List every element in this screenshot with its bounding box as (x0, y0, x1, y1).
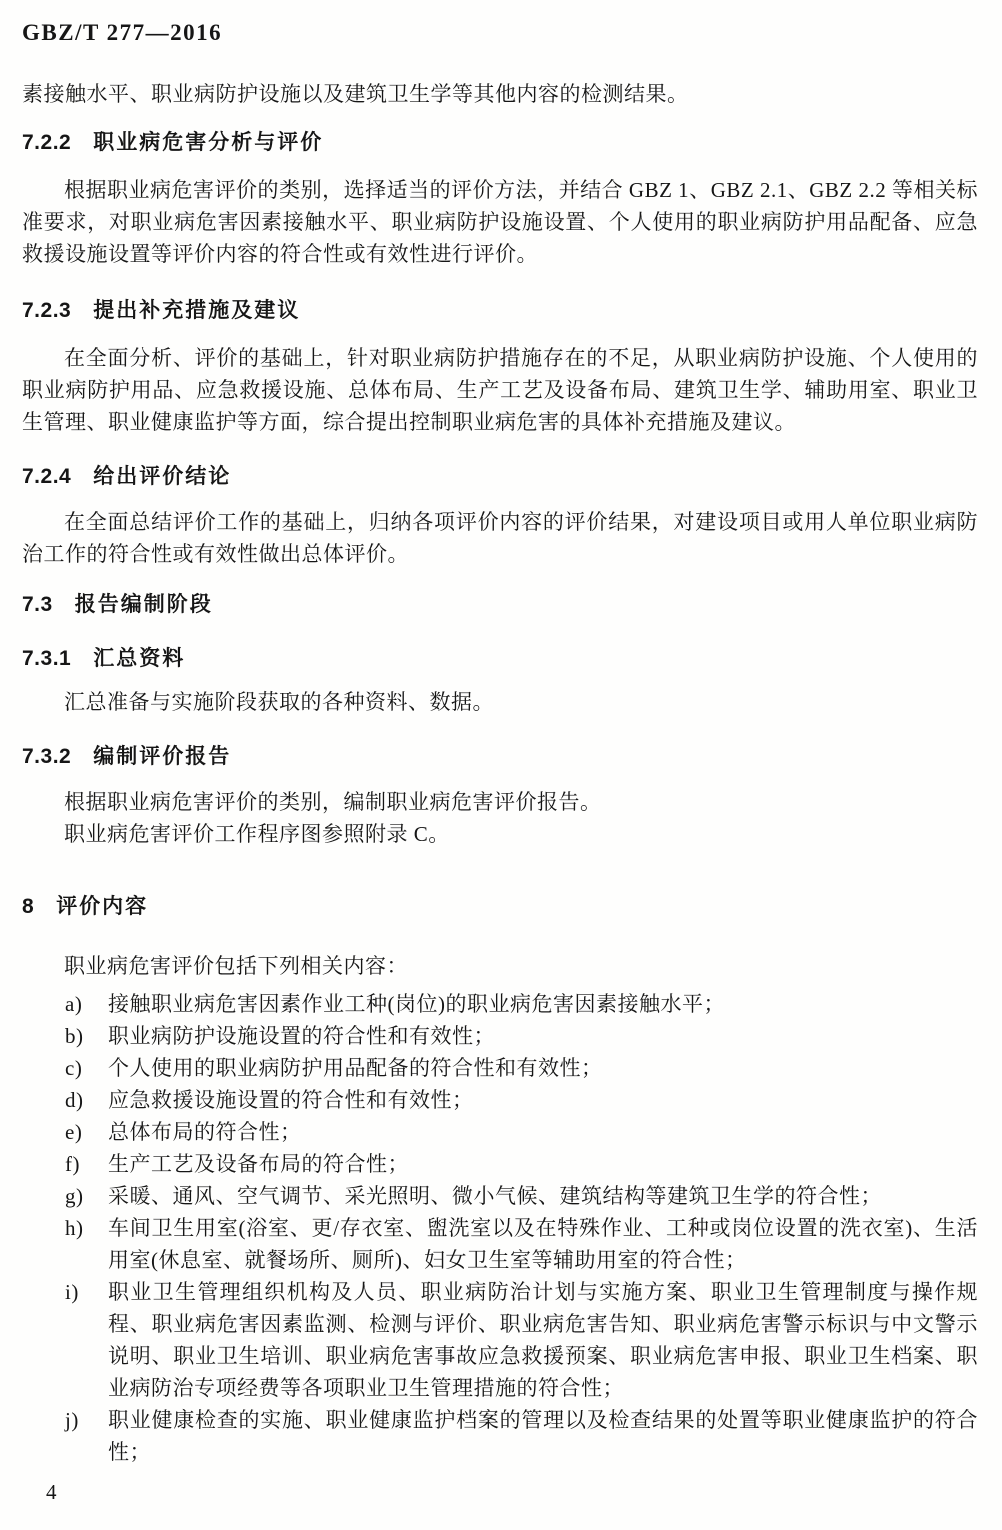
list-item-label: g) (65, 1180, 108, 1212)
paragraph-7-3-1: 汇总准备与实施阶段获取的各种资料、数据。 (22, 686, 978, 718)
section-heading-7-3-1: 7.3.1 汇总资料 (22, 642, 978, 672)
list-item-text: 接触职业病危害因素作业工种(岗位)的职业病危害因素接触水平； (108, 988, 978, 1020)
list-item-i: i) 职业卫生管理组织机构及人员、职业病防治计划与实施方案、职业卫生管理制度与操… (65, 1276, 978, 1404)
list-item-text: 职业卫生管理组织机构及人员、职业病防治计划与实施方案、职业卫生管理制度与操作规程… (108, 1276, 978, 1404)
list-item-j: j) 职业健康检查的实施、职业健康监护档案的管理以及检查结果的处置等职业健康监护… (65, 1404, 978, 1468)
list-item-label: e) (65, 1116, 108, 1148)
list-item-text: 应急救援设施设置的符合性和有效性； (108, 1084, 978, 1116)
paragraph-7-2-4: 在全面总结评价工作的基础上，归纳各项评价内容的评价结果，对建设项目或用人单位职业… (22, 506, 978, 570)
list-item-f: f) 生产工艺及设备布局的符合性； (65, 1148, 978, 1180)
list-item-h: h) 车间卫生用室(浴室、更/存衣室、盥洗室以及在特殊作业、工种或岗位设置的洗衣… (65, 1212, 978, 1276)
section-heading-7-2-4: 7.2.4 给出评价结论 (22, 460, 978, 490)
section-title: 提出补充措施及建议 (93, 294, 300, 324)
list-item-text: 职业病防护设施设置的符合性和有效性； (108, 1020, 978, 1052)
list-item-text: 职业健康检查的实施、职业健康监护档案的管理以及检查结果的处置等职业健康监护的符合… (108, 1404, 978, 1468)
list-item-text: 采暖、通风、空气调节、采光照明、微小气候、建筑结构等建筑卫生学的符合性； (108, 1180, 978, 1212)
list-item-text: 个人使用的职业病防护用品配备的符合性和有效性； (108, 1052, 978, 1084)
paragraph-7-3-2-line1: 根据职业病危害评价的类别，编制职业病危害评价报告。 (22, 786, 978, 818)
list-item-a: a) 接触职业病危害因素作业工种(岗位)的职业病危害因素接触水平； (65, 988, 978, 1020)
list-item-e: e) 总体布局的符合性； (65, 1116, 978, 1148)
list-item-label: a) (65, 988, 108, 1020)
paragraph-continuation: 素接触水平、职业病防护设施以及建筑卫生学等其他内容的检测结果。 (22, 78, 978, 110)
section-heading-8: 8 评价内容 (22, 890, 978, 920)
section-title: 编制评价报告 (93, 740, 231, 770)
list-item-b: b) 职业病防护设施设置的符合性和有效性； (65, 1020, 978, 1052)
doc-header: GBZ/T 277—2016 (22, 20, 978, 46)
section-title: 评价内容 (56, 890, 148, 920)
list-item-text: 车间卫生用室(浴室、更/存衣室、盥洗室以及在特殊作业、工种或岗位设置的洗衣室)、… (108, 1212, 978, 1276)
section-title: 给出评价结论 (93, 460, 231, 490)
list-item-label: f) (65, 1148, 108, 1180)
section-number: 7.3.1 (22, 647, 71, 671)
section-heading-7-3-2: 7.3.2 编制评价报告 (22, 740, 978, 770)
section-number: 7.3 (22, 593, 53, 617)
evaluation-content-list: a) 接触职业病危害因素作业工种(岗位)的职业病危害因素接触水平； b) 职业病… (65, 988, 978, 1468)
section-number: 7.2.2 (22, 131, 71, 155)
section-number: 8 (22, 895, 34, 919)
document-page: GBZ/T 277—2016 素接触水平、职业病防护设施以及建筑卫生学等其他内容… (0, 0, 1002, 1530)
list-item-label: d) (65, 1084, 108, 1116)
list-item-label: h) (65, 1212, 108, 1276)
section-heading-7-2-3: 7.2.3 提出补充措施及建议 (22, 294, 978, 324)
page-number: 4 (46, 1480, 57, 1505)
paragraph-7-2-3: 在全面分析、评价的基础上，针对职业病防护措施存在的不足，从职业病防护设施、个人使… (22, 342, 978, 438)
list-item-text: 生产工艺及设备布局的符合性； (108, 1148, 978, 1180)
section-heading-7-2-2: 7.2.2 职业病危害分析与评价 (22, 126, 978, 156)
list-item-g: g) 采暖、通风、空气调节、采光照明、微小气候、建筑结构等建筑卫生学的符合性； (65, 1180, 978, 1212)
list-item-label: i) (65, 1276, 108, 1404)
list-intro: 职业病危害评价包括下列相关内容： (22, 950, 978, 982)
list-item-text: 总体布局的符合性； (108, 1116, 978, 1148)
section-title: 报告编制阶段 (75, 588, 213, 618)
list-item-label: b) (65, 1020, 108, 1052)
list-item-label: c) (65, 1052, 108, 1084)
list-item-label: j) (65, 1404, 108, 1468)
section-number: 7.3.2 (22, 745, 71, 769)
section-number: 7.2.3 (22, 299, 71, 323)
list-item-d: d) 应急救援设施设置的符合性和有效性； (65, 1084, 978, 1116)
section-title: 职业病危害分析与评价 (93, 126, 323, 156)
section-heading-7-3: 7.3 报告编制阶段 (22, 588, 978, 618)
paragraph-7-3-2-line2: 职业病危害评价工作程序图参照附录 C。 (22, 818, 978, 850)
section-number: 7.2.4 (22, 465, 71, 489)
list-item-c: c) 个人使用的职业病防护用品配备的符合性和有效性； (65, 1052, 978, 1084)
paragraph-7-2-2: 根据职业病危害评价的类别，选择适当的评价方法，并结合 GBZ 1、GBZ 2.1… (22, 174, 978, 270)
section-title: 汇总资料 (93, 642, 185, 672)
